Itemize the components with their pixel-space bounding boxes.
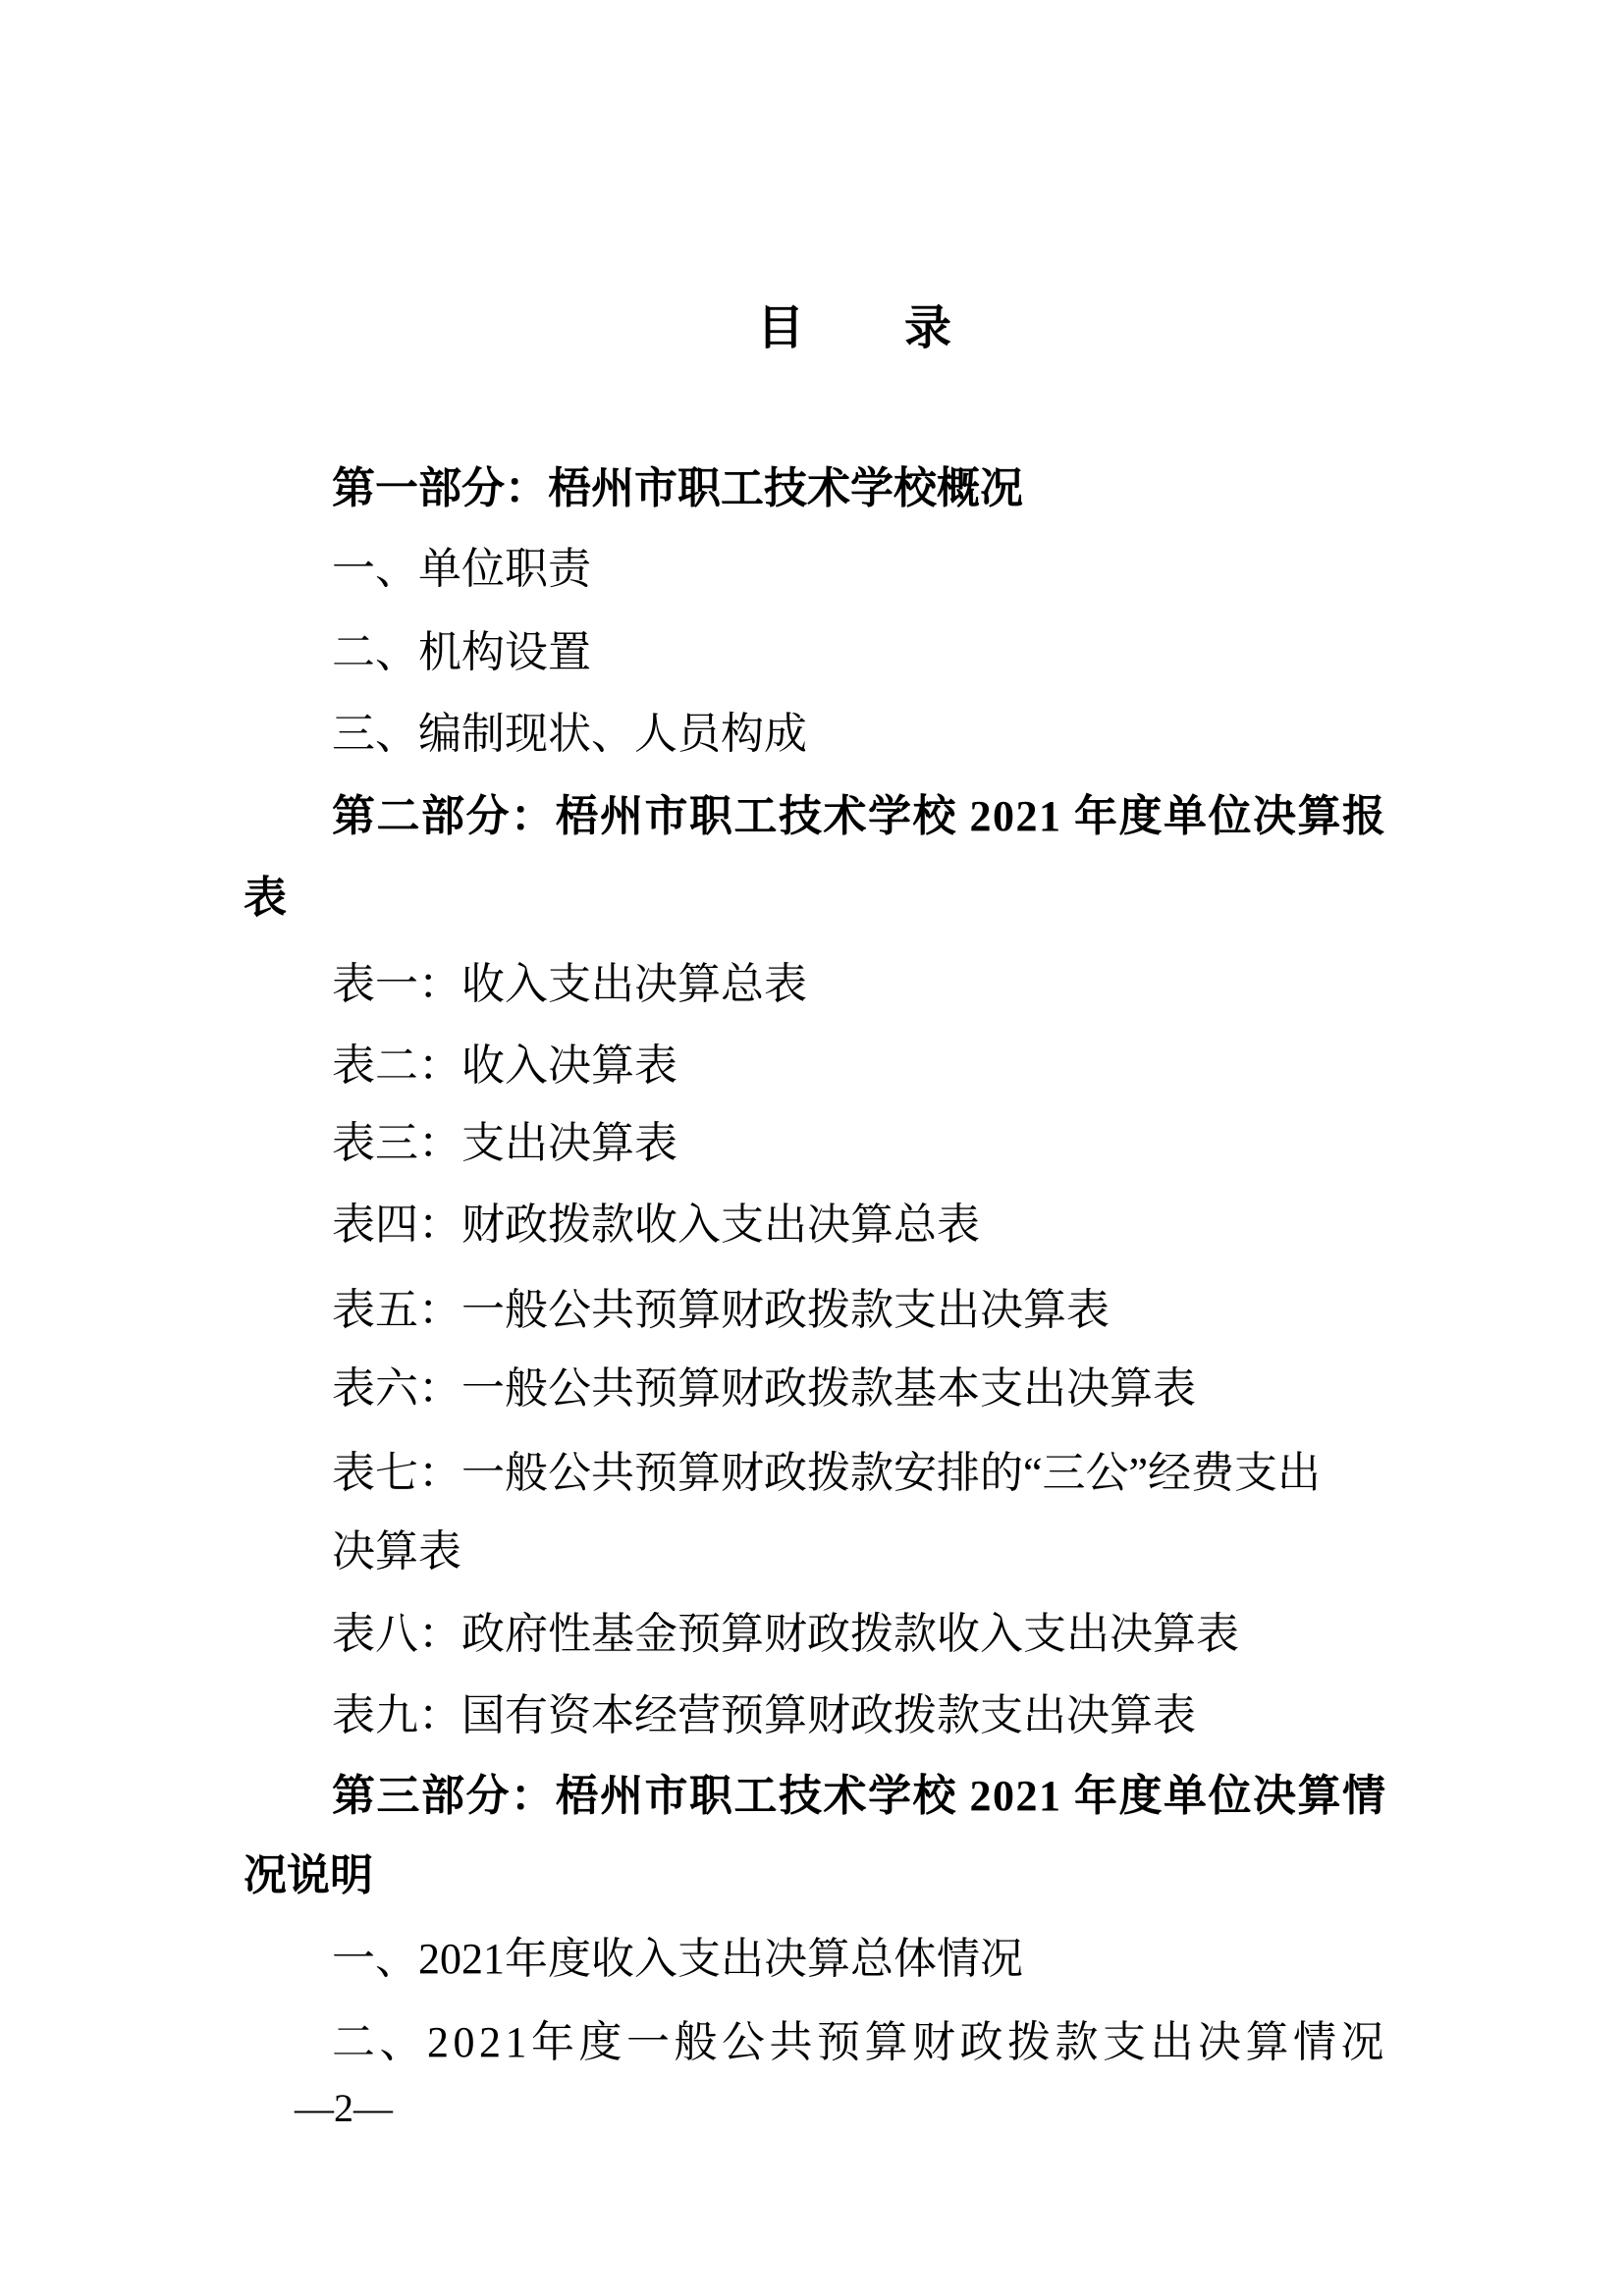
page-title: 目 录: [273, 304, 1437, 353]
heading-part-2-line-1: 第二部分：梧州市职工技术学校 2021 年度单位决算报: [244, 795, 1496, 838]
item-staffing-composition: 三、编制现状、人员构成: [244, 713, 1496, 756]
item-table-2: 表二：收入决算表: [244, 1044, 1496, 1088]
page-number: —2—: [295, 2088, 393, 2129]
item-table-4: 表四：财政拨款收入支出决算总表: [244, 1203, 1496, 1247]
document-page: 目 录 第一部分：梧州市职工技术学校概况 一、单位职责 二、机构设置 三、编制现…: [0, 0, 1624, 2296]
heading-part-3-line-1: 第三部分：梧州市职工技术学校 2021 年度单位决算情: [244, 1775, 1496, 1818]
item-unit-duties: 一、单位职责: [244, 548, 1496, 591]
heading-part-1: 第一部分：梧州市职工技术学校概况: [244, 467, 1496, 510]
item-table-7-line-2: 决算表: [244, 1530, 1496, 1574]
item-table-7-line-1: 表七：一般公共预算财政拨款安排的“三公”经费支出: [244, 1452, 1496, 1495]
item-table-5: 表五：一般公共预算财政拨款支出决算表: [244, 1289, 1496, 1332]
item-table-6: 表六：一般公共预算财政拨款基本支出决算表: [244, 1367, 1496, 1411]
heading-part-2-line-2: 表: [244, 877, 1408, 920]
item-table-8: 表八：政府性基金预算财政拨款收入支出决算表: [244, 1613, 1496, 1656]
item-overall-revenue-expenditure: 一、2021年度收入支出决算总体情况: [244, 1938, 1496, 1981]
item-org-setup: 二、机构设置: [244, 631, 1496, 674]
item-table-9: 表九：国有资本经营预算财政拨款支出决算表: [244, 1694, 1496, 1737]
heading-part-3-line-2: 况说明: [244, 1854, 1408, 1897]
item-general-budget-expenditure: 二、2021年度一般公共预算财政拨款支出决算情况: [244, 2021, 1496, 2064]
item-table-3: 表三：支出决算表: [244, 1122, 1496, 1165]
item-table-1: 表一：收入支出决算总表: [244, 963, 1496, 1006]
